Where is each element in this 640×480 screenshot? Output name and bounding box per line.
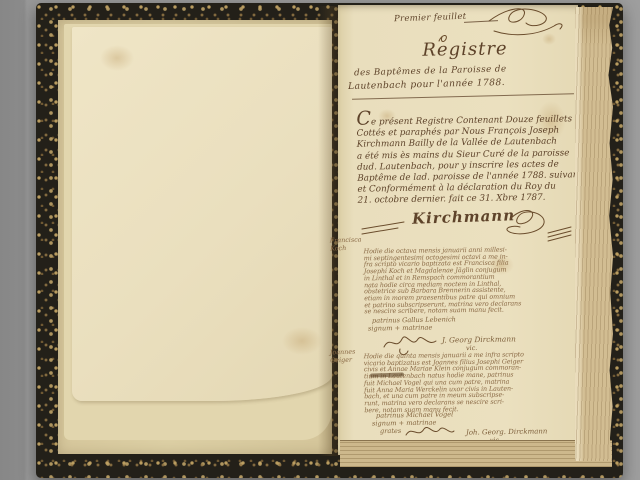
signature-dash-icon — [360, 219, 408, 237]
triple-dash-icon — [546, 225, 574, 243]
paraph-flourish-icon — [488, 5, 568, 41]
record2-officiant-signature: Joh. Georg. Dirckmann — [466, 427, 548, 436]
bottom-page-stack-edge — [340, 440, 612, 467]
bailiff-signature: Kirchmann — [412, 206, 516, 228]
record2-text: Hodie die quinta mensis januarii a me in… — [364, 351, 579, 414]
margin-note-line: Geiger — [330, 356, 356, 364]
record2-witness: grates — [380, 427, 401, 435]
right-page: Premier feuillet Registre des Baptêmes d… — [338, 5, 578, 455]
record2-margin-note: Joannes Geiger — [330, 349, 356, 365]
photo-scene: Premier feuillet Registre des Baptêmes d… — [0, 0, 640, 480]
corner-note: Premier feuillet — [394, 12, 467, 25]
record1-text: Hodie die octava mensis januarii anni mi… — [364, 246, 577, 316]
record1-margin-note: Francisca Koch — [330, 236, 362, 252]
record-line: se nescire scribere, notam suam manu fec… — [364, 306, 576, 315]
page-stain — [100, 45, 134, 71]
register-subtitle-1: des Baptêmes de la Paroisse de — [354, 64, 534, 79]
register-subtitle-2: Lautenbach pour l'année 1788. — [348, 77, 505, 92]
record1-officiant-signature: J. Georg Dirckmann — [442, 334, 516, 344]
header-rule — [352, 93, 574, 99]
margin-note-line: Koch — [330, 244, 362, 253]
register-title: Registre — [390, 38, 540, 62]
certificate-paragraph: Ce présent Registre Contenant Douze feui… — [356, 110, 573, 207]
page-stain — [282, 327, 322, 355]
left-blank-page — [72, 27, 332, 401]
fore-edge-page-stack — [575, 7, 613, 461]
